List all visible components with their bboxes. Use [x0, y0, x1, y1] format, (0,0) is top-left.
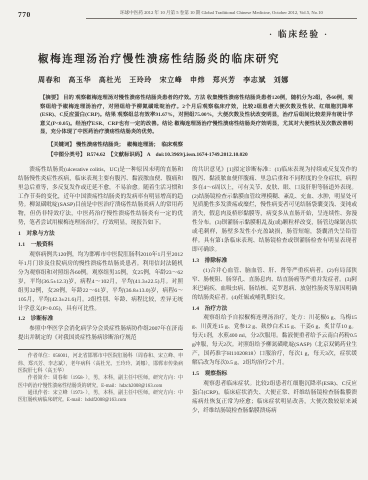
heading-1-1: 1.1 一般资料	[18, 241, 183, 250]
journal-header: 环球中医药 2012 年 10 月第 5 卷第 10 期 Global Trad…	[86, 10, 357, 19]
journal-page: 770 环球中医药 2012 年 10 月第 5 卷第 10 期 Global …	[0, 0, 368, 480]
paragraph-1-2: 参照中华医学会消化病学分会炎症性肠病协作组2007年在济南提出并制定的《对我国炎…	[18, 325, 183, 343]
heading-1-2: 1.2 诊断标准	[18, 315, 183, 324]
intro-paragraph: 溃疡性结肠炎(ulcerative colitis，UC)是一种原因未明的直肠和…	[18, 166, 183, 228]
footnote-author-bio: 作者简介：周春和（1958- ），男，本科，副主任中医师。研究方向：中医中药治疗…	[18, 375, 183, 390]
footnote-block: 作者单位：056001，河北省邯郸市中医院肛肠科（周春和、宋立峰、申炜、郑兴芳、…	[18, 353, 183, 405]
two-column-body: 溃疡性结肠炎(ulcerative colitis，UC)是一种原因未明的直肠和…	[18, 166, 357, 416]
paper-title: 椒梅连理汤治疗慢性溃疡性结肠炎的临床研究	[38, 51, 357, 66]
paragraph-1-4: 观察组给予自拟椒梅连理汤治疗，处方：川花椒6 g、乌梅15 g、川黄连15 g、…	[192, 314, 357, 368]
column-right: 的共识意见》[1]拟定诊断标准：(1)临床表现为持续或反复发作的腹泻、黏液脓血便…	[192, 166, 357, 416]
abstract-block: 【摘要】 目的 观察椒梅连理汤对慢性溃疡性结肠炎患者的疗效。方法 收集慢性溃疡性…	[40, 94, 353, 137]
abstract-text: 【摘要】 目的 观察椒梅连理汤对慢性溃疡性结肠炎患者的疗效。方法 收集慢性溃疡性…	[40, 94, 353, 137]
page-header: 770 环球中医药 2012 年 10 月第 5 卷第 10 期 Global …	[18, 10, 357, 19]
paragraph-1-1: 观察病例共120例，均为邯郸市中医院肛肠科2010年1月至2012年1月门诊及住…	[18, 251, 183, 313]
authors-line: 周春和 高玉华 高杜光 王玲玲 宋立峰 申炜 郑兴芳 李志斌 刘娜	[38, 75, 357, 85]
footnote-affiliation: 作者单位：056001，河北省邯郸市中医院肛肠科（周春和、宋立峰、申炜、郑兴芳、…	[18, 353, 183, 375]
heading-1-3: 1.3 排除标准	[192, 257, 357, 266]
keywords-line: 【关键词】 慢性溃疡性结肠炎； 椒梅连理汤； 临床观察	[48, 140, 353, 148]
page-number: 770	[18, 10, 31, 19]
paragraph-1-3: (1)合并心血管、脑血管、肝、肾等严重疾病者。(2)有局部狭窄、肠梗阻、肠穿孔、…	[192, 267, 357, 303]
heading-1-5: 1.5 观察指标	[192, 370, 357, 379]
column-left: 溃疡性结肠炎(ulcerative colitis，UC)是一种原因未明的直肠和…	[18, 166, 183, 416]
heading-1-4: 1.4 治疗方法	[192, 305, 357, 314]
footnote-corresponding-author: 通讯作者：宋立峰（1973- ），男，本科，副主任中医师。研究方向：中医肛肠疾病…	[18, 390, 183, 405]
section-label: · 临床经验 ·	[18, 28, 329, 40]
clc-doi-line: 【中图分类号】 R574.62 【文献标识码】 A doi:10.3969/j.…	[48, 150, 353, 158]
paragraph-1-5: 观察患者临床症状。比较2组患者红细胞沉降率(ESR)、C反应蛋白(CRP)。临床…	[192, 380, 357, 416]
footnote-divider	[18, 349, 183, 350]
paragraph-diagnosis-continued: 的共识意见》[1]拟定诊断标准：(1)临床表现为持续或反复发作的腹泻、黏液脓血便…	[192, 166, 357, 255]
heading-1: 1 对象与方法	[18, 230, 183, 239]
